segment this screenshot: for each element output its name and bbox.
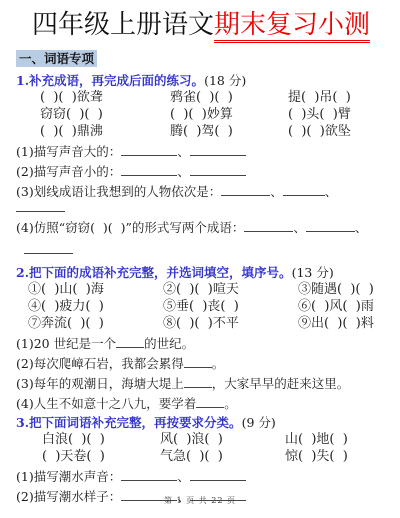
question-2: 2.把下面的成语补充完整，并选词填空，填序号。(13 分) ①( )山( )海 … xyxy=(16,265,386,411)
idiom-cell: ⑨出( )( )料 xyxy=(298,316,374,331)
question-1-score: (18 分) xyxy=(204,73,246,88)
idiom-row: 白浪( )( ) 风( )浪( ) 山( )地( ) xyxy=(16,432,386,447)
section-header: 一、词语专项 xyxy=(16,50,97,67)
idiom-cell: 白浪( )( ) xyxy=(42,432,160,447)
answer-blank xyxy=(190,163,246,176)
question-1-heading: 1.补充成语，再完成后面的练习。(18 分) xyxy=(16,73,386,88)
sub-question-line: (4)人生不如意十之八九，要学着。 xyxy=(16,395,386,411)
question-3-heading: 3.把下面词语补充完整，再按要求分类。(9 分) xyxy=(16,415,386,430)
question-2-heading: 2.把下面的成语补充完整，并选词填空，填序号。(13 分) xyxy=(16,265,386,280)
question-3-grid: 白浪( )( ) 风( )浪( ) 山( )地( ) ( )天卷( ) 气急( … xyxy=(16,432,386,464)
idiom-cell: ⑤垂( )丧( ) xyxy=(163,299,298,314)
idiom-row: ( )天卷( ) 气急( )( ) 惊( )失( ) xyxy=(16,449,386,464)
idiom-cell: ⑥( )风( )雨 xyxy=(298,299,374,314)
idiom-cell: 提( )吊( ) xyxy=(288,90,351,105)
idiom-cell: ( )天卷( ) xyxy=(42,449,160,464)
idiom-cell: 窃窃( )( ) xyxy=(40,107,170,122)
sub-question-line: (1)20 世纪是一个的世纪。 xyxy=(16,335,386,351)
answer-blank xyxy=(184,355,212,368)
question-2-grid: ①( )山( )海 ②( )( )喧天 ③随遇( )( ) ④( )疲力( ) … xyxy=(16,282,386,331)
idiom-cell: 气急( )( ) xyxy=(160,449,285,464)
question-1: 1.补充成语，再完成后面的练习。(18 分) ( )( )欲聋 鸦雀( )( )… xyxy=(16,73,386,257)
page-title: 四年级上册语文期末复习小测 xyxy=(16,8,386,42)
sub-question-line: (1)描写潮水声音：、 xyxy=(16,468,386,484)
answer-blank xyxy=(121,143,177,156)
answer-blank xyxy=(116,335,144,348)
question-1-grid: ( )( )欲聋 鸦雀( )( ) 提( )吊( ) 窃窃( )( ) ( )(… xyxy=(16,90,386,139)
page-number-footer: 第 1 页 共 22 页 xyxy=(0,495,400,506)
idiom-cell: ③随遇( )( ) xyxy=(298,282,374,297)
idiom-row: ( )( )欲聋 鸦雀( )( ) 提( )吊( ) xyxy=(16,90,386,105)
idiom-row: ①( )山( )海 ②( )( )喧天 ③随遇( )( ) xyxy=(16,282,386,297)
answer-blank xyxy=(196,395,224,408)
answer-blank xyxy=(16,199,65,212)
sub-question-line: (1)描写声音大的：、 xyxy=(16,143,386,159)
worksheet-page: 四年级上册语文期末复习小测 一、词语专项 1.补充成语，再完成后面的练习。(18… xyxy=(0,0,400,518)
sub-question-line: (4)仿照“窃窃( )( )”的形式写两个成语：、、 xyxy=(16,219,386,235)
answer-blank xyxy=(221,183,270,196)
idiom-cell: ⑦奔流( )( ) xyxy=(28,316,163,331)
idiom-cell: ⑧( )( )不平 xyxy=(163,316,298,331)
sub-question-line: (3)划线成语让我想到的人物依次是：、、 xyxy=(16,183,386,215)
answer-blank xyxy=(24,241,73,254)
idiom-cell: ( )( )欲聋 xyxy=(40,90,170,105)
idiom-cell: 山( )地( ) xyxy=(285,432,348,447)
answer-blank xyxy=(244,219,293,232)
idiom-cell: ( )头( )臂 xyxy=(288,107,351,122)
answer-blank xyxy=(306,219,355,232)
idiom-cell: ( )( )妙算 xyxy=(170,107,288,122)
answer-blank xyxy=(283,183,325,196)
answer-blank xyxy=(121,468,177,481)
idiom-row: ⑦奔流( )( ) ⑧( )( )不平 ⑨出( )( )料 xyxy=(16,316,386,331)
question-2-subquestions: (1)20 世纪是一个的世纪。(2)每次爬嶂石岩，我都会累得。(3)每年的观潮日… xyxy=(16,335,386,411)
question-3: 3.把下面词语补充完整，再按要求分类。(9 分) 白浪( )( ) 风( )浪(… xyxy=(16,415,386,504)
question-1-subquestions: (1)描写声音大的：、(2)描写声音小的：、(3)划线成语让我想到的人物依次是：… xyxy=(16,143,386,235)
title-course: 四年级上册语文 xyxy=(32,10,214,40)
answer-blank xyxy=(190,143,246,156)
sub-question-line: (2)描写声音小的：、 xyxy=(16,163,386,179)
question-3-instruction: 3.把下面词语补充完整，再按要求分类。 xyxy=(16,415,242,430)
idiom-cell: 腾( )驾( ) xyxy=(170,124,288,139)
idiom-cell: ④( )疲力( ) xyxy=(28,299,163,314)
idiom-cell: ( )( )鼎沸 xyxy=(40,124,170,139)
question-2-instruction: 2.把下面的成语补充完整，并选词填空，填序号。 xyxy=(16,265,292,280)
idiom-row: ④( )疲力( ) ⑤垂( )丧( ) ⑥( )风( )雨 xyxy=(16,299,386,314)
idiom-row: 窃窃( )( ) ( )( )妙算 ( )头( )臂 xyxy=(16,107,386,122)
idiom-row: ( )( )鼎沸 腾( )驾( ) ( )( )欲坠 xyxy=(16,124,386,139)
sub-question-line: (2)每次爬嶂石岩，我都会累得。 xyxy=(16,355,386,371)
question-1-continuation-blank xyxy=(24,241,386,257)
question-2-score: (13 分) xyxy=(292,265,334,280)
idiom-cell: ①( )山( )海 xyxy=(28,282,163,297)
idiom-cell: ( )( )欲坠 xyxy=(288,124,351,139)
section-header-row: 一、词语专项 xyxy=(16,48,386,69)
question-1-instruction: 1.补充成语，再完成后面的练习。 xyxy=(16,73,204,88)
question-3-score: (9 分) xyxy=(242,415,276,430)
idiom-cell: 鸦雀( )( ) xyxy=(170,90,288,105)
sub-question-line: (3)每年的观潮日，海塘大堤上，大家早早的赶来这里。 xyxy=(16,375,386,391)
answer-blank xyxy=(121,163,177,176)
answer-blank xyxy=(184,375,212,388)
idiom-cell: 风( )浪( ) xyxy=(160,432,285,447)
idiom-cell: 惊( )失( ) xyxy=(285,449,348,464)
idiom-cell: ②( )( )喧天 xyxy=(163,282,298,297)
answer-blank xyxy=(190,468,246,481)
title-exam-name: 期末复习小测 xyxy=(214,10,370,43)
